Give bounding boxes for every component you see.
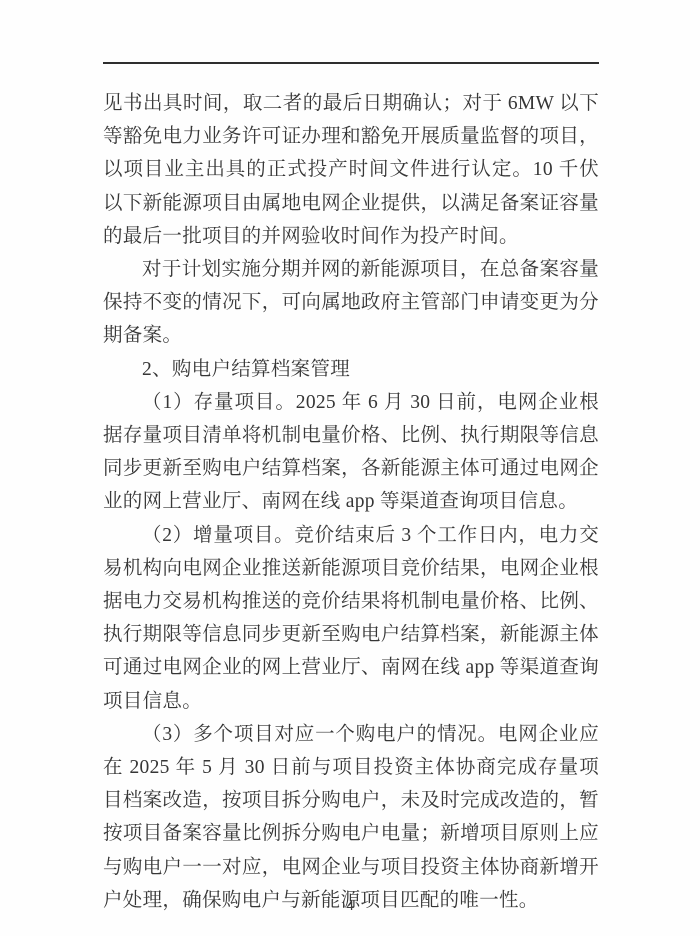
document-body: 见书出具时间，取二者的最后日期确认；对于 6MW 以下等豁免电力业务许可证办理和… bbox=[103, 87, 599, 917]
paragraph-phased-grid-connection: 对于计划实施分期并网的新能源项目，在总备案容量保持不变的情况下，可向属地政府主管… bbox=[103, 253, 599, 353]
page-number: 4 bbox=[0, 898, 700, 915]
paragraph-existing-projects: （1）存量项目。2025 年 6 月 30 日前，电网企业根据存量项目清单将机制… bbox=[103, 386, 599, 519]
section-heading-settlement-archive: 2、购电户结算档案管理 bbox=[103, 353, 599, 386]
paragraph-multiple-projects: （3）多个项目对应一个购电户的情况。电网企业应在 2025 年 5 月 30 日… bbox=[103, 718, 599, 917]
header-separator-line bbox=[103, 62, 599, 64]
document-page: 见书出具时间，取二者的最后日期确认；对于 6MW 以下等豁免电力业务许可证办理和… bbox=[0, 0, 700, 936]
paragraph-incremental-projects: （2）增量项目。竞价结束后 3 个工作日内，电力交易机构向电网企业推送新能源项目… bbox=[103, 519, 599, 718]
paragraph-continuation: 见书出具时间，取二者的最后日期确认；对于 6MW 以下等豁免电力业务许可证办理和… bbox=[103, 87, 599, 253]
